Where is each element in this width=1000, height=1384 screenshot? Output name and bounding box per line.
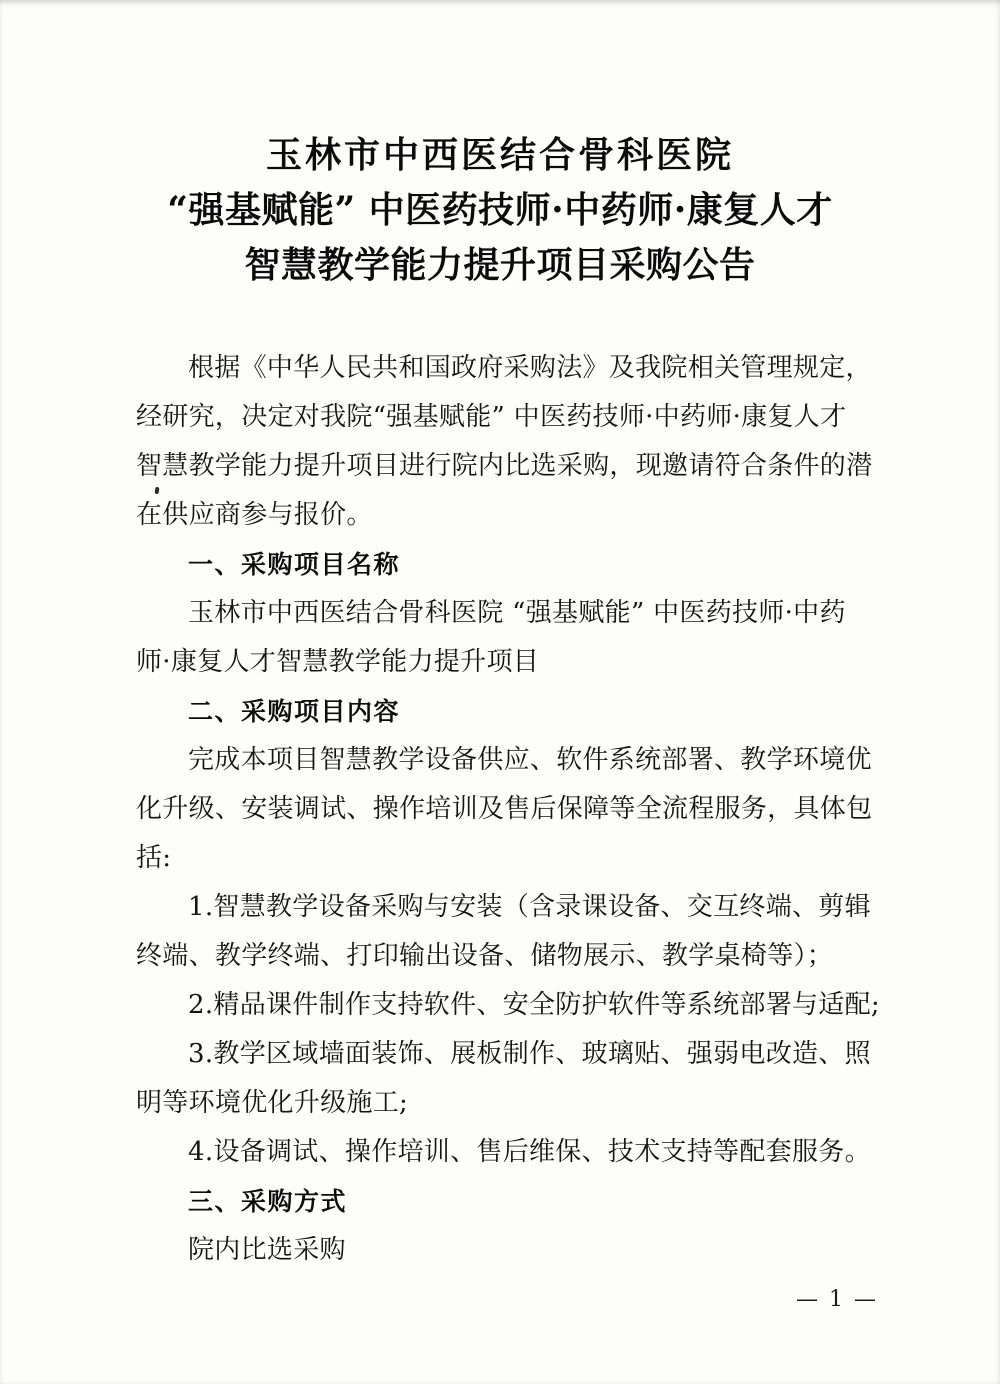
body-line: 化升级、安装调试、操作培训及售后保障等全流程服务，具体包 — [136, 785, 878, 834]
body-line: 括: — [136, 834, 878, 883]
page-number: — 1 — — [796, 1287, 878, 1312]
body-line: 玉林市中西医结合骨科医院 “强基赋能” 中医药技师·中药 — [136, 589, 878, 638]
document-title: 玉林市中西医结合骨科医院 “强基赋能” 中医药技师·中药师·康复人才 智慧教学能… — [0, 128, 1000, 293]
body-line-list-item: 4.设备调试、操作培训、售后维保、技术支持等配套服务。 — [136, 1128, 878, 1177]
title-line: 玉林市中西医结合骨科医院 — [0, 128, 1000, 183]
body-line-list-item: 3.教学区域墙面装饰、展板制作、玻璃贴、强弱电改造、照 — [136, 1030, 878, 1079]
body-line: 院内比选采购 — [136, 1226, 878, 1275]
body-line: 明等环境优化升级施工; — [136, 1079, 878, 1128]
body-line: 师·康复人才智慧教学能力提升项目 — [136, 638, 878, 687]
body-line: 根据《中华人民共和国政府采购法》及我院相关管理规定， — [136, 344, 878, 393]
section-heading: 二、采购项目内容 — [136, 687, 878, 736]
title-line: “强基赋能” 中医药技师·中药师·康复人才 — [0, 183, 1000, 238]
body-line: 终端、教学终端、打印输出设备、储物展示、教学桌椅等）； — [136, 932, 878, 981]
body-line: 智慧教学能力提升项目进行院内比选采购，现邀请符合条件的潜 — [136, 442, 878, 491]
body-line: 经研究，决定对我院“强基赋能” 中医药技师·中药师·康复人才 — [136, 393, 878, 442]
body-line: 完成本项目智慧教学设备供应、软件系统部署、教学环境优 — [136, 736, 878, 785]
document-page: 玉林市中西医结合骨科医院 “强基赋能” 中医药技师·中药师·康复人才 智慧教学能… — [0, 0, 1000, 1384]
document-body: 根据《中华人民共和国政府采购法》及我院相关管理规定， 经研究，决定对我院“强基赋… — [136, 344, 878, 1275]
body-line: 在供应商参与报价。 — [136, 491, 878, 540]
body-line-list-item: 1.智慧教学设备采购与安装（含录课设备、交互终端、剪辑 — [136, 883, 878, 932]
section-heading: 三、采购方式 — [136, 1177, 878, 1226]
body-line-list-item: 2.精品课件制作支持软件、安全防护软件等系统部署与适配; — [136, 981, 878, 1030]
section-heading: 一、采购项目名称 — [136, 540, 878, 589]
title-line: 智慧教学能力提升项目采购公告 — [0, 238, 1000, 293]
